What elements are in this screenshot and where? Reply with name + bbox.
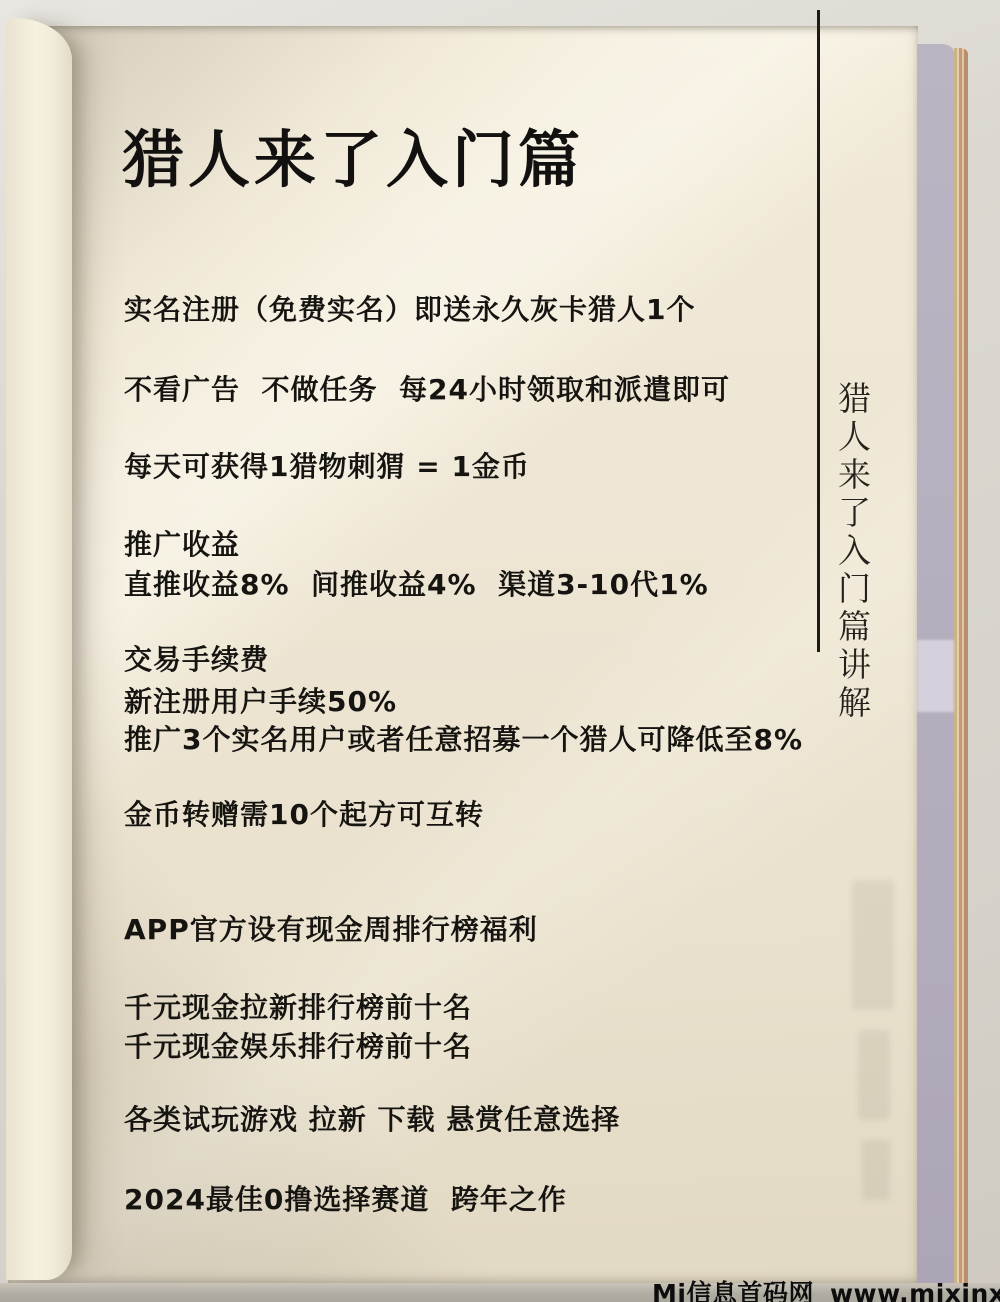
- content-line-fee-head: 交易手续费: [124, 643, 269, 677]
- content-line-coin-transfer: 金币转赠需10个起方可互转: [124, 798, 484, 832]
- page-bleed-smudge: [862, 1140, 890, 1200]
- content-line-daily-gain: 每天可获得1猎物刺猬 = 1金币: [124, 450, 530, 484]
- watermark-site-name: Mi信息首码网: [652, 1274, 814, 1302]
- content-line-weekly-ranking: APP官方设有现金周排行榜福利: [124, 913, 538, 947]
- watermark-site-url: www.mixinxi.com: [830, 1279, 1000, 1302]
- content-line-promo-income-head: 推广收益: [124, 528, 240, 562]
- page-bleed-smudge: [858, 1030, 890, 1120]
- content-line-realname-register: 实名注册（免费实名）即送永久灰卡猎人1个: [124, 293, 696, 327]
- page-bleed-smudge: [852, 880, 894, 1010]
- page-stack-edge-tan: [954, 48, 968, 1283]
- watermark: Mi信息首码网 www.mixinxi.com: [652, 1274, 1000, 1302]
- content-line-promo-income-rates: 直推收益8% 间推收益4% 渠道3-10代1%: [124, 568, 709, 602]
- page-stack-highlight: [917, 640, 954, 712]
- page-curl-left-edge: [6, 18, 72, 1280]
- book-page-photo: 猎人来了入门篇讲解 猎人来了入门篇 实名注册（免费实名）即送永久灰卡猎人1个 不…: [0, 0, 1000, 1302]
- content-line-task-types: 各类试玩游戏 拉新 下载 悬赏任意选择: [124, 1103, 620, 1137]
- content-line-fee-new-user: 新注册用户手续50%: [124, 685, 397, 719]
- content-line-fee-reduce: 推广3个实名用户或者任意招募一个猎人可降低至8%: [124, 723, 803, 757]
- content-line-2024-slogan: 2024最佳0撸选择赛道 跨年之作: [124, 1183, 567, 1217]
- page-title: 猎人来了入门篇: [122, 110, 584, 199]
- side-note-vertical-text: 猎人来了入门篇讲解: [828, 381, 874, 753]
- vertical-rule-divider: [817, 10, 820, 652]
- content-line-ranking-invite: 千元现金拉新排行榜前十名: [124, 991, 472, 1025]
- content-line-no-ads: 不看广告 不做任务 每24小时领取和派遣即可: [124, 373, 730, 407]
- content-line-ranking-fun: 千元现金娱乐排行榜前十名: [124, 1030, 472, 1064]
